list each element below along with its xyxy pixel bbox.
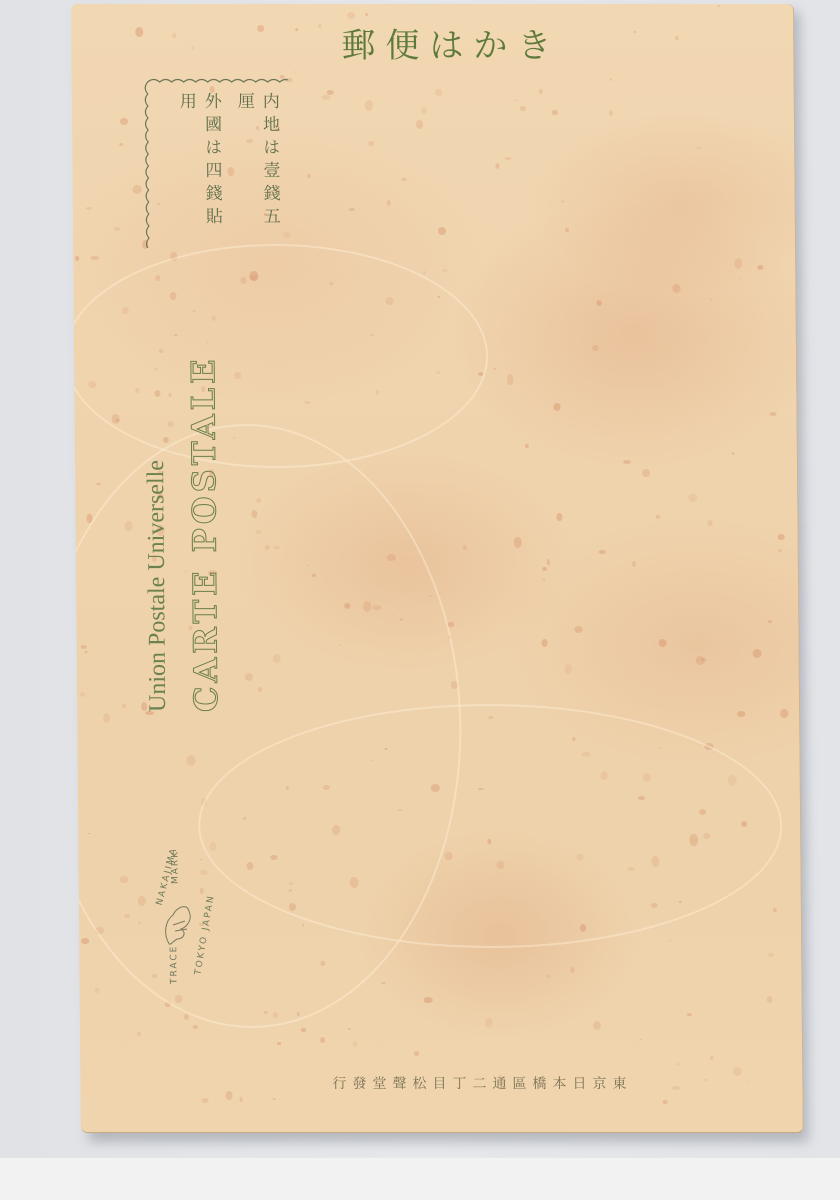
foxing-speck (318, 24, 321, 28)
foxing-speck (642, 469, 650, 477)
foxing-speck (119, 143, 123, 147)
foxing-speck (733, 1067, 741, 1076)
foxing-speck (770, 412, 777, 417)
foxing-speck (184, 1014, 190, 1020)
foxing-speck (677, 1063, 680, 1066)
foxing-speck (734, 258, 743, 269)
foxing-speck (382, 982, 386, 985)
foxing-speck (202, 1098, 209, 1103)
foxing-speck (493, 368, 496, 370)
foxing-speck (348, 1028, 351, 1030)
foxing-speck (172, 33, 176, 37)
foxing-speck (731, 452, 734, 455)
foxing-speck (114, 227, 120, 231)
foxing-speck (738, 711, 745, 717)
foxing-speck (710, 298, 713, 302)
foxing-speck (86, 207, 93, 210)
foxing-speck (505, 157, 511, 160)
foxing-speck (659, 639, 667, 647)
foxing-speck (485, 1018, 493, 1028)
foxing-speck (773, 908, 777, 912)
foxing-speck (353, 1041, 357, 1047)
foxing-speck (365, 13, 368, 16)
foxing-speck (565, 228, 569, 233)
foxing-speck (669, 940, 671, 942)
foxing-speck (672, 1086, 681, 1091)
foxing-speck (753, 649, 762, 657)
foxing-speck (707, 520, 713, 526)
foxing-speck (424, 997, 433, 1002)
foxing-speck (542, 567, 547, 571)
foxing-speck (272, 1098, 276, 1100)
foxing-speck (633, 31, 636, 32)
foxing-speck (135, 27, 143, 37)
foxing-speck (76, 256, 80, 260)
foxing-speck (387, 200, 391, 206)
foxing-speck (514, 537, 522, 548)
foxing-speck (777, 549, 782, 552)
carte-postale-text: CARTE POSTALE (184, 356, 225, 713)
foxing-speck (676, 36, 679, 40)
foxing-speck (631, 561, 636, 567)
foxing-speck (320, 1037, 325, 1043)
bird-trademark-icon (159, 899, 199, 949)
foxing-speck (301, 1028, 306, 1032)
foxing-speck (414, 1051, 419, 1056)
foxing-speck (137, 1032, 141, 1036)
foxing-speck (655, 515, 660, 519)
union-postale-text: Union Postale Universelle (143, 460, 172, 712)
foxing-speck (133, 185, 141, 194)
foxing-speck (557, 513, 563, 521)
trademark-mark: MARK (170, 850, 180, 884)
foxing-speck (401, 178, 407, 181)
foxing-speck (519, 106, 525, 111)
foxing-speck (705, 1079, 708, 1080)
foxing-speck (349, 208, 355, 211)
foxing-speck (307, 174, 311, 178)
foxing-speck (295, 28, 298, 31)
trademark-trace: TRACE (169, 945, 179, 984)
foxing-speck (435, 89, 442, 96)
foxing-speck (193, 1025, 197, 1029)
foxing-speck (421, 107, 427, 114)
stamp-text-foreign: 外國は四錢貼用 (174, 92, 225, 248)
foxing-speck (364, 100, 373, 111)
foxing-speck (327, 90, 334, 95)
foxing-speck (767, 620, 772, 623)
foxing-speck (416, 120, 423, 130)
foxing-speck (574, 626, 583, 633)
foxing-speck (525, 444, 529, 448)
foxing-speck (777, 534, 784, 539)
foxing-speck (539, 89, 543, 94)
foxing-speck (687, 1013, 692, 1016)
foxing-speck (768, 953, 775, 957)
foxing-speck (553, 403, 560, 411)
postcard: 郵便はかき 内地は壹錢五厘 外國は四錢貼用 Union Postale Univ… (71, 4, 804, 1133)
foxing-speck (564, 664, 572, 674)
foxing-speck (322, 95, 331, 100)
foxing-speck (767, 996, 773, 1004)
foxing-speck (570, 967, 575, 974)
foxing-speck (597, 300, 602, 306)
foxing-speck (593, 1021, 601, 1031)
foxing-speck (710, 1056, 714, 1060)
foxing-speck (738, 278, 740, 279)
foxing-speck (552, 110, 557, 115)
foxing-speck (609, 78, 612, 81)
foxing-speck (542, 578, 545, 581)
foxing-speck (495, 163, 499, 169)
foxing-speck (438, 227, 446, 235)
foxing-speck (689, 494, 698, 502)
foxing-speck (698, 147, 701, 149)
foxing-speck (757, 265, 763, 269)
foxing-speck (780, 709, 788, 718)
foxing-speck (120, 118, 128, 126)
foxing-speck (599, 550, 606, 554)
foxing-speck (507, 374, 514, 384)
foxing-speck (90, 256, 99, 261)
foxing-speck (96, 483, 101, 486)
postcard-heading: 郵便はかき (341, 18, 581, 67)
stamp-box: 内地は壹錢五厘 外國は四錢貼用 (142, 76, 290, 248)
publisher-imprint: 東京日本橋區通二丁目松聲堂發行 (302, 1073, 632, 1093)
foxing-speck (491, 494, 493, 496)
foxing-speck (294, 71, 297, 73)
stamp-text-domestic: 内地は壹錢五厘 (232, 92, 283, 248)
foxing-speck (609, 110, 613, 116)
foxing-speck (191, 46, 195, 51)
foxing-speck (640, 1039, 643, 1041)
foxing-speck (462, 545, 466, 550)
foxing-speck (369, 141, 374, 146)
embossed-swirl (71, 244, 489, 468)
foxing-speck (662, 1100, 667, 1105)
foxing-speck (547, 559, 550, 563)
foxing-speck (423, 271, 425, 274)
embossed-swirl (197, 704, 783, 948)
foxing-speck (623, 460, 631, 464)
foxing-speck (546, 974, 551, 978)
foxing-speck (442, 269, 447, 272)
foxing-speck (672, 284, 680, 293)
foxing-speck (257, 25, 264, 32)
foxing-speck (225, 1091, 232, 1100)
foxing-speck (541, 639, 547, 647)
foxing-speck (81, 938, 89, 943)
foxing-speck (561, 200, 565, 203)
foxing-speck (515, 100, 518, 102)
foxing-speck (592, 345, 599, 352)
foxing-speck (239, 1097, 243, 1101)
foxing-speck (277, 1042, 280, 1044)
foxing-speck (772, 579, 774, 580)
foxing-speck (95, 988, 99, 993)
foxing-speck (747, 1081, 750, 1083)
foxing-speck (718, 5, 720, 7)
